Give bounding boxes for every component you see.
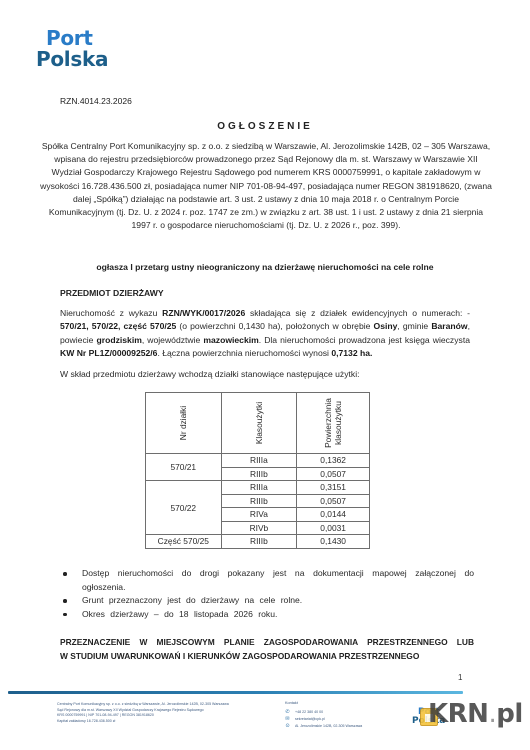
commune: Baranów bbox=[431, 321, 467, 331]
class-cell: RIIIb bbox=[221, 535, 297, 549]
header-text: Klasoużytki bbox=[254, 402, 264, 444]
footer-divider bbox=[8, 691, 463, 694]
header-area: Powierzchniaklasoużytku bbox=[297, 393, 370, 454]
watermark-tld: pl bbox=[496, 699, 523, 729]
table-row: 570/21RIIIa0,1362 bbox=[146, 454, 370, 468]
text: (o powierzchni 0,1430 ha), położonych w … bbox=[176, 321, 373, 331]
table-header-row: Nr działki Klasoużytki Powierzchniaklaso… bbox=[146, 393, 370, 454]
reference-number: RZN.4014.23.2026 bbox=[60, 96, 132, 106]
table-row: Część 570/25RIIIb0,1430 bbox=[146, 535, 370, 549]
text: Nieruchomość z wykazu bbox=[60, 308, 162, 318]
bullet-icon bbox=[63, 613, 67, 617]
header-line: Powierzchnia bbox=[323, 398, 333, 448]
list-item: Okres dzierżawy – do 18 listopada 2026 r… bbox=[60, 608, 474, 622]
header-plot-number: Nr działki bbox=[146, 393, 222, 454]
property-description: Nieruchomość z wykazu RZN/WYK/0017/2026 … bbox=[60, 307, 470, 361]
precinct: Osiny bbox=[374, 321, 398, 331]
header-text: Powierzchniaklasoużytku bbox=[323, 398, 343, 448]
page-number: 1 bbox=[458, 673, 462, 682]
port-polska-logo: Port Polska bbox=[36, 28, 108, 70]
section-heading: PRZEDMIOT DZIERŻAWY bbox=[60, 288, 164, 298]
contact-text[interactable]: sekretariat@cpk.pl bbox=[295, 717, 325, 721]
land-register: KW Nr PL1Z/00009252/6 bbox=[60, 348, 157, 358]
footer-line: Centralny Port Komunikacyjny sp. z o.o. … bbox=[57, 702, 257, 708]
class-cell: RIIIa bbox=[221, 481, 297, 495]
contact-phone: ✆ +48 22 380 40 00 bbox=[285, 709, 323, 715]
class-cell: RIVb bbox=[221, 521, 297, 535]
intro-paragraph: Spółka Centralny Port Komunikacyjny sp. … bbox=[40, 140, 492, 232]
header-class: Klasoużytki bbox=[221, 393, 297, 454]
bullet-icon bbox=[63, 572, 67, 576]
area-cell: 0,0144 bbox=[297, 508, 370, 522]
contact-text: Al. Jerozolimskie 142B, 02-305 Warszawa bbox=[295, 724, 362, 728]
contact-address: ⊙ Al. Jerozolimskie 142B, 02-305 Warszaw… bbox=[285, 723, 362, 729]
zoning-heading-line: W STUDIUM UWARUNKOWAŃ I KIERUNKÓW ZAGOSP… bbox=[60, 651, 419, 661]
class-cell: RIVa bbox=[221, 508, 297, 522]
list-item: Dostęp nieruchomości do drogi pokazany j… bbox=[60, 567, 474, 594]
location-pin-icon: ⊙ bbox=[285, 723, 290, 729]
text: . Łączna powierzchnia nieruchomości wyno… bbox=[157, 348, 331, 358]
class-cell: RIIIb bbox=[221, 494, 297, 508]
contact-email[interactable]: ✉ sekretariat@cpk.pl bbox=[285, 716, 325, 722]
contact-text: +48 22 380 40 00 bbox=[295, 710, 323, 714]
area-cell: 0,0507 bbox=[297, 467, 370, 481]
area-cell: 0,0507 bbox=[297, 494, 370, 508]
krn-watermark: KRN.pl bbox=[428, 699, 523, 729]
table-row: 570/22RIIIa0,3151 bbox=[146, 481, 370, 495]
class-cell: RIIIa bbox=[221, 454, 297, 468]
contact-heading: Kontakt bbox=[285, 701, 298, 705]
plot-number-cell: Część 570/25 bbox=[146, 535, 222, 549]
watermark-brand: KRN bbox=[428, 699, 488, 729]
header-text: Nr działki bbox=[178, 406, 188, 440]
text: , województwie bbox=[142, 335, 204, 345]
area-cell: 0,1362 bbox=[297, 454, 370, 468]
logo-line-2: Polska bbox=[36, 49, 108, 70]
area-cell: 0,3151 bbox=[297, 481, 370, 495]
announcement-line: ogłasza I przetarg ustny nieograniczony … bbox=[0, 262, 530, 272]
conditions-list: Dostęp nieruchomości do drogi pokazany j… bbox=[60, 567, 474, 621]
class-cell: RIIIb bbox=[221, 467, 297, 481]
list-item: Grunt przeznaczony jest do dzierżawy na … bbox=[60, 594, 474, 608]
footer-company-info: Centralny Port Komunikacyjny sp. z o.o. … bbox=[57, 702, 257, 725]
bullet-text: Grunt przeznaczony jest do dzierżawy na … bbox=[82, 595, 302, 605]
table-lead-text: W skład przedmiotu dzierżawy wchodzą dzi… bbox=[60, 369, 360, 379]
voivodeship: mazowieckim bbox=[203, 335, 258, 345]
bullet-text: Okres dzierżawy – do 18 listopada 2026 r… bbox=[82, 609, 277, 619]
area-cell: 0,0031 bbox=[297, 521, 370, 535]
zoning-heading-line: PRZEZNACZENIE W MIEJSCOWYM PLANIE ZAGOSP… bbox=[60, 636, 474, 650]
plot-numbers: 570/21, 570/22, część 570/25 bbox=[60, 321, 176, 331]
document-title: OGŁOSZENIE bbox=[0, 121, 530, 132]
area-cell: 0,1430 bbox=[297, 535, 370, 549]
text: , gminie bbox=[397, 321, 431, 331]
plot-number-cell: 570/22 bbox=[146, 481, 222, 535]
text: składająca się z działek ewidencyjnych o… bbox=[245, 308, 470, 318]
bullet-text: Dostęp nieruchomości do drogi pokazany j… bbox=[82, 568, 474, 592]
logo-line-1: Port bbox=[36, 28, 108, 49]
land-use-table: Nr działki Klasoużytki Powierzchniaklaso… bbox=[145, 392, 370, 549]
mail-icon: ✉ bbox=[285, 716, 290, 722]
zoning-heading: PRZEZNACZENIE W MIEJSCOWYM PLANIE ZAGOSP… bbox=[60, 636, 474, 663]
plot-number-cell: 570/21 bbox=[146, 454, 222, 481]
bullet-icon bbox=[63, 599, 67, 603]
phone-icon: ✆ bbox=[285, 709, 290, 715]
county: grodziskim bbox=[96, 335, 141, 345]
footer-line: Kapitał zakładowy 16.728.436.500 zł bbox=[57, 719, 257, 725]
total-area: 0,7132 ha. bbox=[331, 348, 372, 358]
list-id: RZN/WYK/0017/2026 bbox=[162, 308, 245, 318]
header-line: klasoużytku bbox=[333, 401, 343, 445]
text: . Dla nieruchomości prowadzona jest księ… bbox=[259, 335, 470, 345]
